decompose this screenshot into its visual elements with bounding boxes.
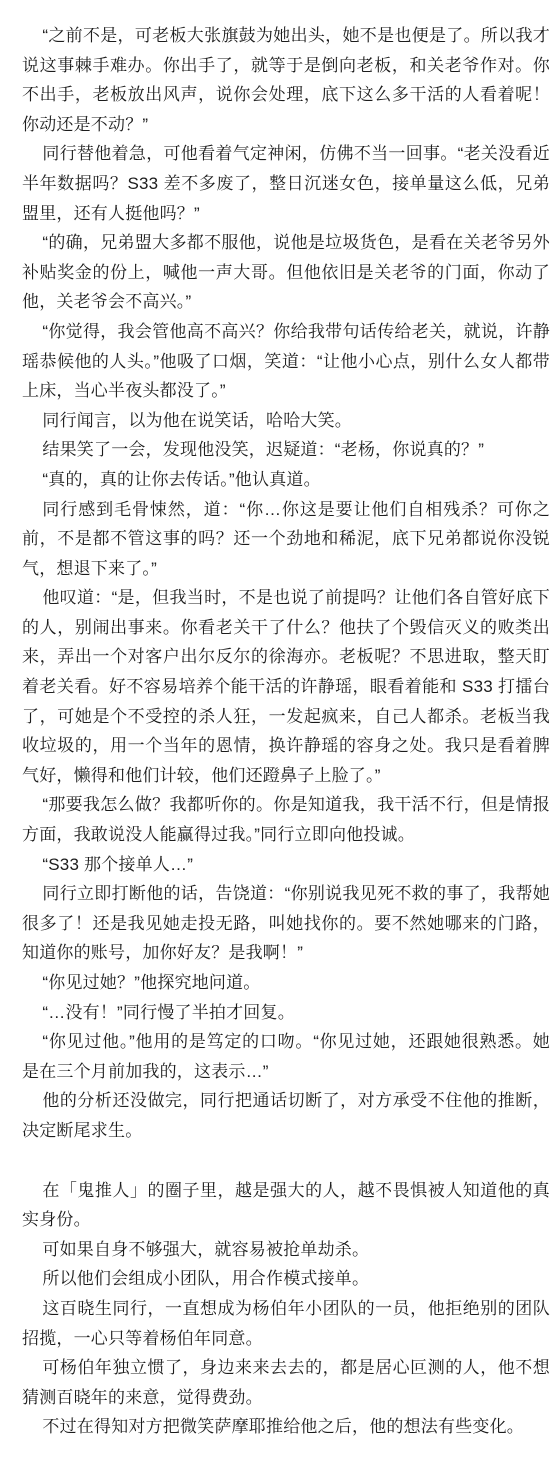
paragraph: 同行感到毛骨悚然，道：“你…你这是要让他们自相残杀？可你之前，不是都不管这事的吗… [22,495,550,584]
paragraph: 所以他们会组成小团队，用合作模式接单。 [22,1264,550,1294]
paragraph: 同行闻言，以为他在说笑话，哈哈大笑。 [22,406,550,436]
paragraph: “的确，兄弟盟大多都不服他，说他是垃圾货色，是看在关老爷另外补贴奖金的份上，喊他… [22,228,550,317]
story-section-dialogue-scene: “之前不是，可老板大张旗鼓为她出头，她不是也便是了。所以我才说这事棘手难办。你出… [22,21,550,1146]
paragraph: 同行立即打断他的话，告饶道：“你别说我见死不救的事了，我帮她很多了！还是我见她走… [22,879,550,968]
story-section-narration-scene: 在「鬼推人」的圈子里，越是强大的人，越不畏惧被人知道他的真实身份。可如果自身不够… [22,1176,550,1442]
paragraph: 他的分析还没做完，同行把通话切断了，对方承受不住他的推断，决定断尾求生。 [22,1086,550,1145]
paragraph: “S33 那个接单人…” [22,850,550,880]
paragraph: 这百晓生同行，一直想成为杨伯年小团队的一员，他拒绝别的团队招揽，一心只等着杨伯年… [22,1294,550,1353]
paragraph: 可杨伯年独立惯了，身边来来去去的，都是居心叵测的人，他不想猜测百晓年的来意，觉得… [22,1353,550,1412]
paragraph: 可如果自身不够强大，就容易被抢单劫杀。 [22,1235,550,1265]
reader-page: “之前不是，可老板大张旗鼓为她出头，她不是也便是了。所以我才说这事棘手难办。你出… [0,0,560,1462]
paragraph: 同行替他着急，可他看着气定神闲，仿佛不当一回事。“老关没看近半年数据吗？S33 … [22,139,550,228]
paragraph: 不过在得知对方把微笑萨摩耶推给他之后，他的想法有些变化。 [22,1412,550,1442]
paragraph: “之前不是，可老板大张旗鼓为她出头，她不是也便是了。所以我才说这事棘手难办。你出… [22,21,550,139]
paragraph: 结果笑了一会，发现他没笑，迟疑道：“老杨，你说真的？” [22,435,550,465]
paragraph: “那要我怎么做？我都听你的。你是知道我，我干活不行，但是情报方面，我敢说没人能赢… [22,790,550,849]
paragraph: “你见过她？”他探究地问道。 [22,968,550,998]
paragraph: 在「鬼推人」的圈子里，越是强大的人，越不畏惧被人知道他的真实身份。 [22,1176,550,1235]
paragraph: “…没有！”同行慢了半拍才回复。 [22,998,550,1028]
reader-content: “之前不是，可老板大张旗鼓为她出头，她不是也便是了。所以我才说这事棘手难办。你出… [22,21,550,1442]
paragraph: “真的，真的让你去传话。”他认真道。 [22,465,550,495]
paragraph: “你觉得，我会管他高不高兴？你给我带句话传给老关，就说，许静瑶恭候他的人头。”他… [22,317,550,406]
paragraph: “你见过他。”他用的是笃定的口吻。“你见过她，还跟她很熟悉。她是在三个月前加我的… [22,1027,550,1086]
paragraph: 他叹道：“是，但我当时，不是也说了前提吗？让他们各自管好底下的人，别闹出事来。你… [22,583,550,790]
